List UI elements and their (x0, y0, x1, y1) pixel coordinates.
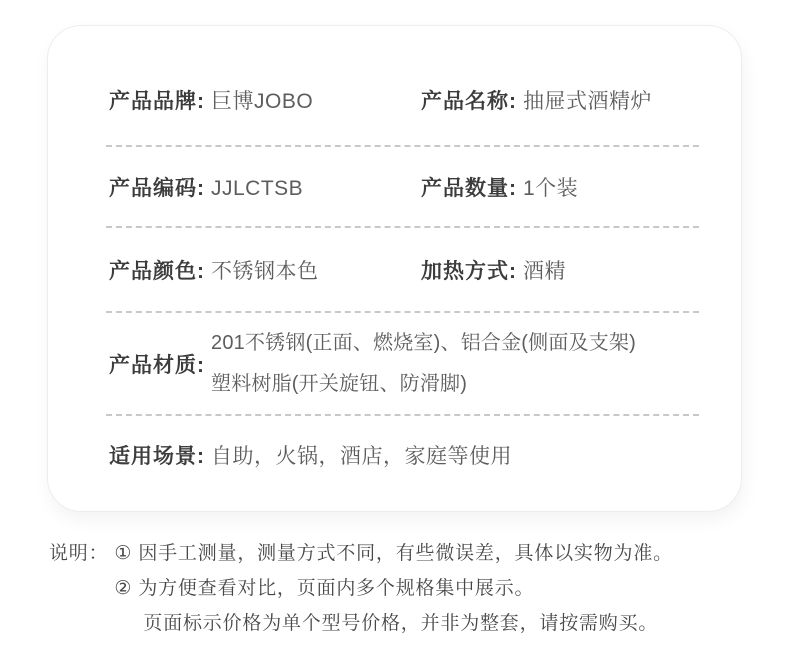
quantity-cell: 产品数量: 1个装 (421, 172, 701, 202)
spec-row-usage-scene: 适用场景: 自助，火锅，酒店，家庭等使用 (48, 416, 741, 521)
quantity-label: 产品数量: (421, 172, 517, 202)
brand-cell: 产品品牌: 巨博JOBO (109, 85, 421, 115)
product-name-cell: 产品名称: 抽屉式酒精炉 (421, 85, 701, 115)
heating-method-label: 加热方式: (421, 255, 517, 285)
brand-label: 产品品牌: (109, 85, 205, 115)
spec-row-brand-name: 产品品牌: 巨博JOBO 产品名称: 抽屉式酒精炉 (48, 26, 741, 145)
product-code-label: 产品编码: (109, 172, 205, 202)
note-line-3: 页面标示价格为单个型号价格，并非为整套，请按需购买。 (114, 606, 673, 641)
spec-row-code-quantity: 产品编码: JJLCTSB 产品数量: 1个装 (48, 147, 741, 226)
color-label: 产品颜色: (109, 255, 205, 285)
spec-row-material: 产品材质: 201不锈钢(正面、燃烧室)、铝合金(侧面及支架) 塑料树脂(开关旋… (48, 313, 741, 414)
notes-section: 说明： ① 因手工测量，测量方式不同，有些微误差，具体以实物为准。 ② 为方便查… (49, 536, 673, 641)
usage-scene-label: 适用场景: (109, 440, 205, 470)
product-spec-card: 产品品牌: 巨博JOBO 产品名称: 抽屉式酒精炉 产品编码: JJLCTSB … (47, 25, 742, 512)
note-line-1: ① 因手工测量，测量方式不同，有些微误差，具体以实物为准。 (114, 536, 673, 571)
spec-row-color-heating: 产品颜色: 不锈钢本色 加热方式: 酒精 (48, 228, 741, 311)
brand-value: 巨博JOBO (211, 85, 313, 115)
color-value: 不锈钢本色 (211, 255, 319, 285)
quantity-value: 1个装 (523, 172, 578, 202)
product-code-cell: 产品编码: JJLCTSB (109, 172, 421, 202)
heating-method-value: 酒精 (523, 255, 566, 285)
heating-method-cell: 加热方式: 酒精 (421, 255, 701, 285)
product-name-value: 抽屉式酒精炉 (523, 85, 652, 115)
material-line-1: 201不锈钢(正面、燃烧室)、铝合金(侧面及支架) (211, 323, 636, 364)
material-values: 201不锈钢(正面、燃烧室)、铝合金(侧面及支架) 塑料树脂(开关旋钮、防滑脚) (211, 323, 636, 405)
note-lines: ① 因手工测量，测量方式不同，有些微误差，具体以实物为准。 ② 为方便查看对比，… (114, 536, 673, 641)
product-name-label: 产品名称: (421, 85, 517, 115)
note-line-2: ② 为方便查看对比，页面内多个规格集中展示。 (114, 571, 673, 606)
color-cell: 产品颜色: 不锈钢本色 (109, 255, 421, 285)
notes-label: 说明： (49, 536, 108, 571)
material-line-2: 塑料树脂(开关旋钮、防滑脚) (211, 364, 636, 405)
usage-scene-value: 自助，火锅，酒店，家庭等使用 (211, 440, 512, 470)
product-code-value: JJLCTSB (211, 177, 303, 201)
material-label: 产品材质: (109, 349, 205, 379)
